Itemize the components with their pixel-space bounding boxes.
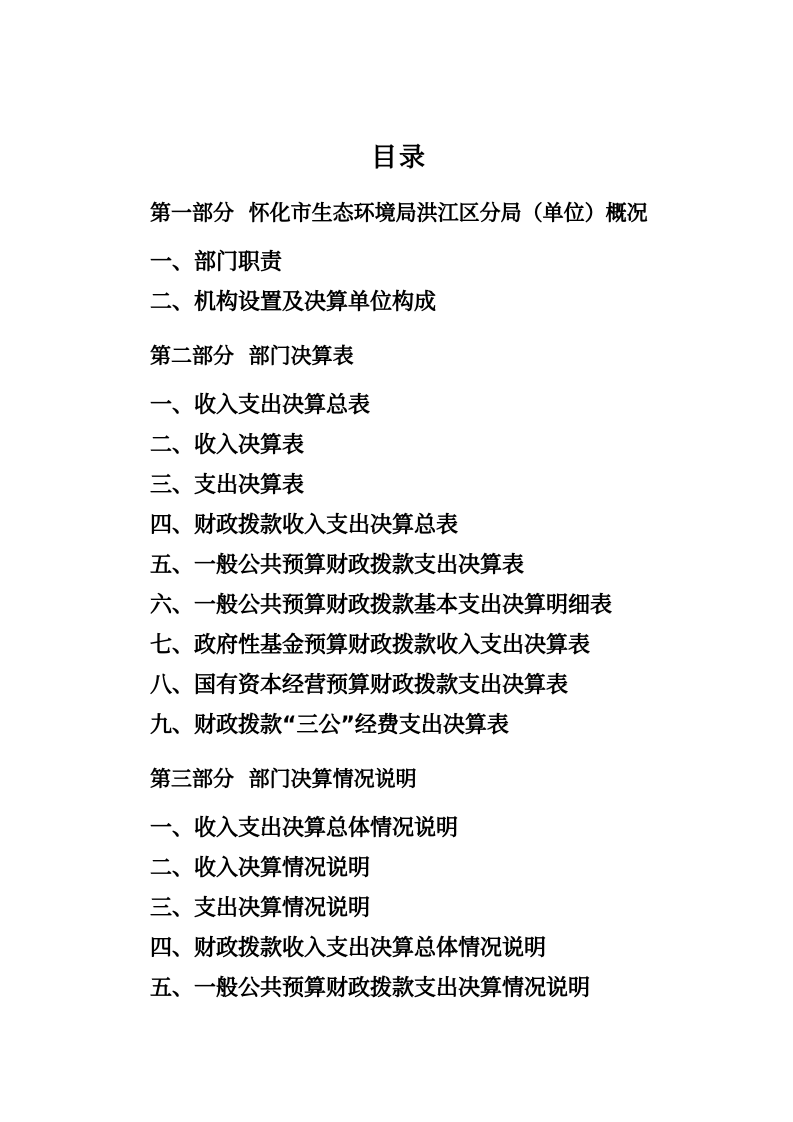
toc-item: 三、支出决算情况说明 [150,897,648,921]
table-of-contents: 第一部分 怀化市生态环境局洪江区分局（单位）概况一、部门职责二、机构设置及决算单… [150,201,648,1001]
toc-item: 三、支出决算表 [150,474,648,498]
section-items: 一、部门职责二、机构设置及决算单位构成 [150,251,648,315]
section-heading: 第三部分 部门决算情况说明 [150,767,648,791]
section-heading: 第一部分 怀化市生态环境局洪江区分局（单位）概况 [150,201,648,225]
page-title: 目录 [150,145,648,172]
toc-item: 九、财政拨款“三公”经费支出决算表 [150,714,648,738]
section-heading: 第二部分 部门决算表 [150,344,648,368]
section-items: 一、收入支出决算总体情况说明二、收入决算情况说明三、支出决算情况说明四、财政拨款… [150,817,648,1001]
toc-item: 四、财政拨款收入支出决算总体情况说明 [150,937,648,961]
toc-item: 二、收入决算情况说明 [150,857,648,881]
toc-item: 六、一般公共预算财政拨款基本支出决算明细表 [150,594,648,618]
document-page: 目录 第一部分 怀化市生态环境局洪江区分局（单位）概况一、部门职责二、机构设置及… [0,0,793,1122]
toc-item: 二、收入决算表 [150,434,648,458]
toc-item: 一、收入支出决算总表 [150,394,648,418]
toc-item: 八、国有资本经营预算财政拨款支出决算表 [150,674,648,698]
toc-item: 二、机构设置及决算单位构成 [150,291,648,315]
toc-item: 七、政府性基金预算财政拨款收入支出决算表 [150,634,648,658]
toc-item: 一、部门职责 [150,251,648,275]
toc-item: 一、收入支出决算总体情况说明 [150,817,648,841]
toc-item: 五、一般公共预算财政拨款支出决算情况说明 [150,977,648,1001]
toc-item: 四、财政拨款收入支出决算总表 [150,514,648,538]
section-items: 一、收入支出决算总表二、收入决算表三、支出决算表四、财政拨款收入支出决算总表五、… [150,394,648,738]
toc-item: 五、一般公共预算财政拨款支出决算表 [150,554,648,578]
